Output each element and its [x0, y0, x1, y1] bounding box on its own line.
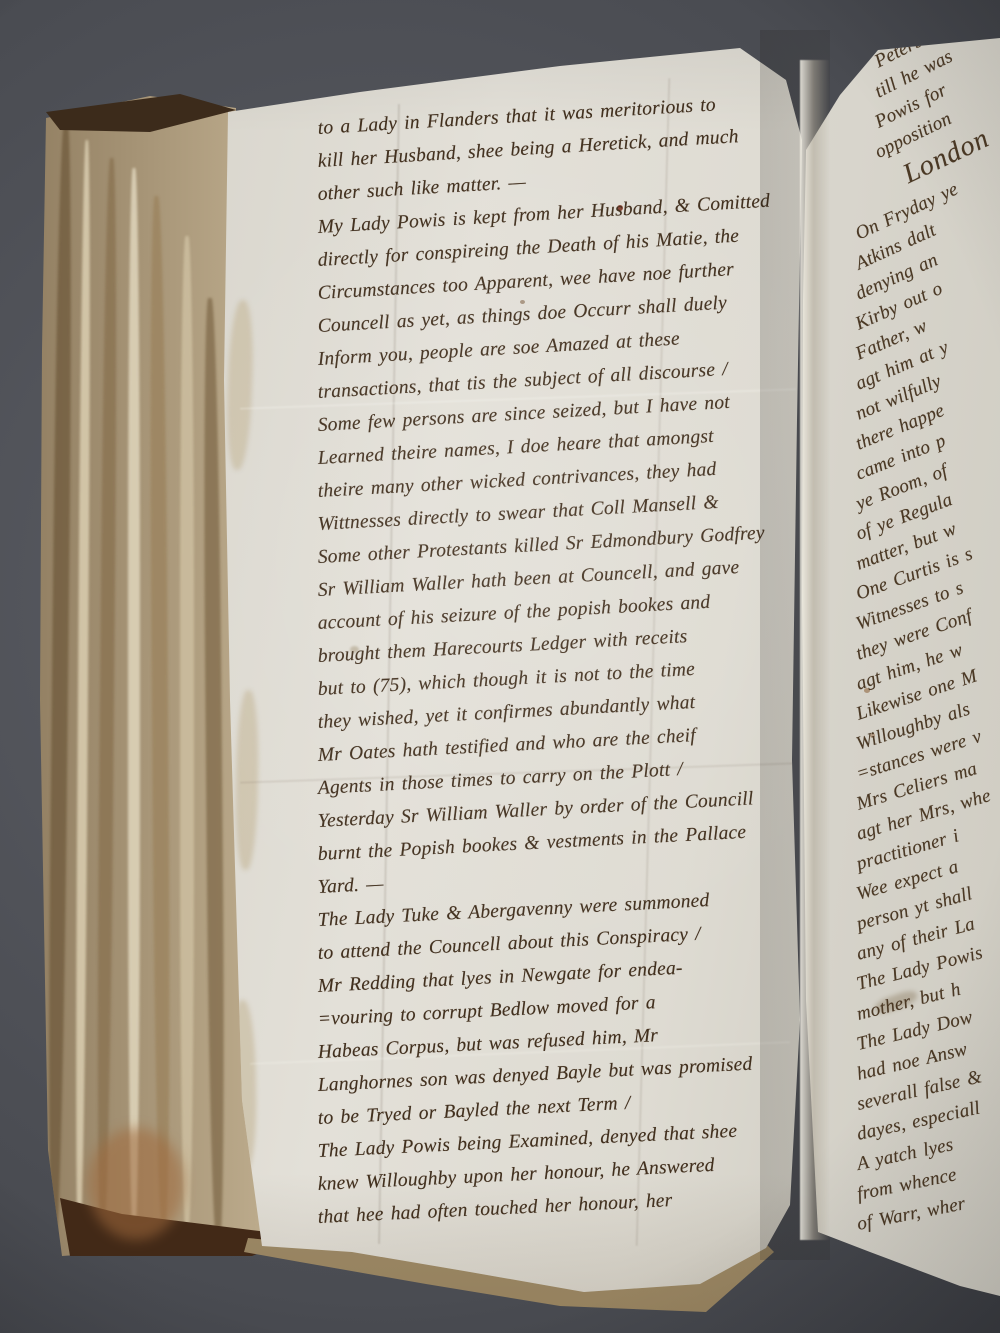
- manuscript-line: transactions, that tis the subject of al…: [317, 347, 838, 409]
- manuscript-line: Powis for: [850, 56, 994, 147]
- manuscript-line: from whence: [854, 1151, 1000, 1209]
- manuscript-line: had noe Answ: [854, 1027, 1000, 1089]
- manuscript-line: ye Room, of: [852, 439, 999, 519]
- page-edge-streak: [180, 236, 194, 1228]
- manuscript-line: account of his seizure of the popish boo…: [317, 579, 838, 640]
- manuscript-line: Mr Redding that lyes in Newgate for ende…: [317, 944, 838, 1003]
- manuscript-line: London: [847, 118, 997, 218]
- manuscript-line: Wittnesses directly to swear that Coll M…: [317, 479, 838, 541]
- leather-discoloration: [88, 1128, 184, 1240]
- page-edge-streak: [74, 140, 92, 1240]
- manuscript-line: Kirby out o: [851, 253, 996, 339]
- manuscript-line: to be Tryed or Bayled the next Term /: [317, 1077, 838, 1135]
- manuscript-line: On Fryday ye: [850, 160, 995, 249]
- fox-spot: [350, 646, 359, 653]
- manuscript-line: Mr Oates hath testified and who are the …: [317, 712, 838, 772]
- manuscript-line: Councell as yet, as things doe Occurr sh…: [317, 280, 838, 343]
- manuscript-line: but to (75), which though it is not to t…: [317, 645, 838, 706]
- manuscript-line: =stances were v: [853, 717, 1000, 789]
- manuscript-line: to a Lady in Flanders that it was merito…: [317, 81, 838, 145]
- page-edge-streak: [46, 122, 74, 1242]
- manuscript-line: The Lady Powis being Examined, denyed th…: [317, 1110, 838, 1168]
- fox-spot: [864, 688, 870, 693]
- torn-edge-fragment: [234, 690, 259, 870]
- manuscript-line: The Lady Tuke & Abergavenny were summone…: [317, 878, 838, 937]
- manuscript-line: Agents in those times to carry on the Pl…: [317, 745, 838, 805]
- fold-crease: [240, 388, 796, 409]
- manuscript-line: theire many other wicked contrivances, t…: [317, 446, 838, 508]
- ink-stain: [617, 205, 623, 211]
- manuscript-line: other such like matter. —: [317, 148, 838, 211]
- manuscript-line: Mrs Celiers ma: [853, 748, 1000, 819]
- manuscript-line: there happe: [851, 377, 997, 459]
- manuscript-line: opposition: [850, 87, 994, 177]
- right-page-text: Peterboroughtill he wasPowis foroppositi…: [858, 58, 1000, 1240]
- manuscript-line: Wee expect a: [853, 841, 1000, 909]
- manuscript-line: Father, w: [851, 284, 997, 369]
- fox-spot: [520, 300, 525, 304]
- manuscript-line: not wilfully: [851, 346, 997, 429]
- manuscript-line: The Lady Powis: [854, 934, 1000, 999]
- manuscript-line: to attend the Councell about this Conspi…: [317, 911, 838, 970]
- manuscript-line: they were Conf: [852, 594, 999, 670]
- manuscript-line: Habeas Corpus, but was refused him, Mr: [317, 1010, 838, 1069]
- manuscript-line: The Lady Dow: [854, 996, 1000, 1059]
- manuscript-line: Sr William Waller hath been at Councell,…: [317, 546, 838, 607]
- manuscript-line: One Curtis is s: [852, 532, 999, 610]
- manuscript-line: agt him at y: [851, 315, 997, 399]
- page-edge-streak: [202, 298, 226, 1242]
- fold-crease: [250, 1041, 790, 1065]
- manuscript-line: agt him, he w: [852, 625, 1000, 700]
- manuscript-line: person yt shall: [853, 872, 1000, 939]
- manuscript-line: knew Willoughby upon her honour, he Answ…: [317, 1143, 838, 1201]
- smudge-stain: [873, 988, 919, 1016]
- manuscript-line: till he was: [850, 25, 994, 117]
- page-edge-streak: [148, 196, 171, 1226]
- manuscript-line: =vouring to corrupt Bedlow moved for a: [317, 977, 838, 1036]
- manuscript-line: agt her Mrs, whe: [853, 779, 1000, 849]
- torn-edge-fragment: [225, 300, 255, 471]
- manuscript-line: any of their La: [853, 903, 1000, 969]
- manuscript-line: came into p: [851, 408, 997, 489]
- left-page-text: to a Lady in Flanders that it was merito…: [318, 112, 838, 1234]
- page-edge-streak: [95, 158, 118, 1238]
- manuscript-line: brought them Harecourts Ledger with rece…: [317, 612, 838, 673]
- manuscript-line: kill her Husband, shee being a Heretick,…: [317, 114, 838, 178]
- manuscript-line: Inform you, people are soe Amazed at the…: [317, 313, 838, 376]
- manuscript-line: matter, but w: [852, 501, 999, 580]
- manuscript-line: directly for conspireing the Death of hi…: [317, 214, 838, 277]
- manuscript-line: Willoughby als: [853, 686, 1000, 759]
- manuscript-line: Yesterday Sr William Waller by order of …: [317, 778, 838, 838]
- manuscript-line: Witnesses to s: [852, 563, 999, 640]
- manuscript-line: Circumstances too Apparent, wee have noe…: [317, 247, 838, 310]
- manuscript-line: Yard. —: [317, 844, 838, 904]
- torn-edge-fragment: [231, 1000, 258, 1170]
- manuscript-line: denying an: [851, 222, 996, 309]
- right-page-edge-highlight: [800, 60, 830, 1240]
- manuscript-line: Likewise one M: [852, 655, 1000, 729]
- manuscript-line: of ye Regula: [852, 470, 999, 550]
- manuscript-line: mother, but h: [854, 965, 1000, 1029]
- page-edge-streak: [128, 168, 140, 1230]
- manuscript-line: they wished, yet it confirmes abundantly…: [317, 678, 838, 739]
- manuscript-line: dayes, especiall: [854, 1089, 1000, 1149]
- manuscript-line: My Lady Powis is kept from her Husband, …: [317, 181, 838, 244]
- fold-crease: [240, 762, 796, 783]
- manuscript-line: that hee had often touched her honour, h…: [317, 1176, 838, 1234]
- manuscript-line: burnt the Popish bookes & vestments in t…: [317, 811, 838, 871]
- fold-crease: [636, 78, 671, 1246]
- manuscript-line: Some few persons are since seized, but I…: [317, 380, 838, 442]
- manuscript-line: of Warr, wher: [855, 1182, 1000, 1239]
- manuscript-line: severall false &: [854, 1058, 1000, 1119]
- manuscript-line: Peterborough: [850, 0, 993, 87]
- manuscript-line: practitioner i: [853, 810, 1000, 879]
- manuscript-line: Some other Protestants killed Sr Edmondb…: [317, 513, 838, 574]
- manuscript-line: Learned theire names, I doe heare that a…: [317, 413, 838, 475]
- manuscript-line: A yatch lyes: [854, 1120, 1000, 1179]
- fox-spot: [870, 733, 875, 738]
- manuscript-line: Atkins dalt: [851, 191, 996, 279]
- manuscript-photo: to a Lady in Flanders that it was merito…: [0, 0, 1000, 1333]
- fold-crease: [378, 104, 400, 1244]
- manuscript-line: Langhornes son was denyed Bayle but was …: [317, 1043, 838, 1102]
